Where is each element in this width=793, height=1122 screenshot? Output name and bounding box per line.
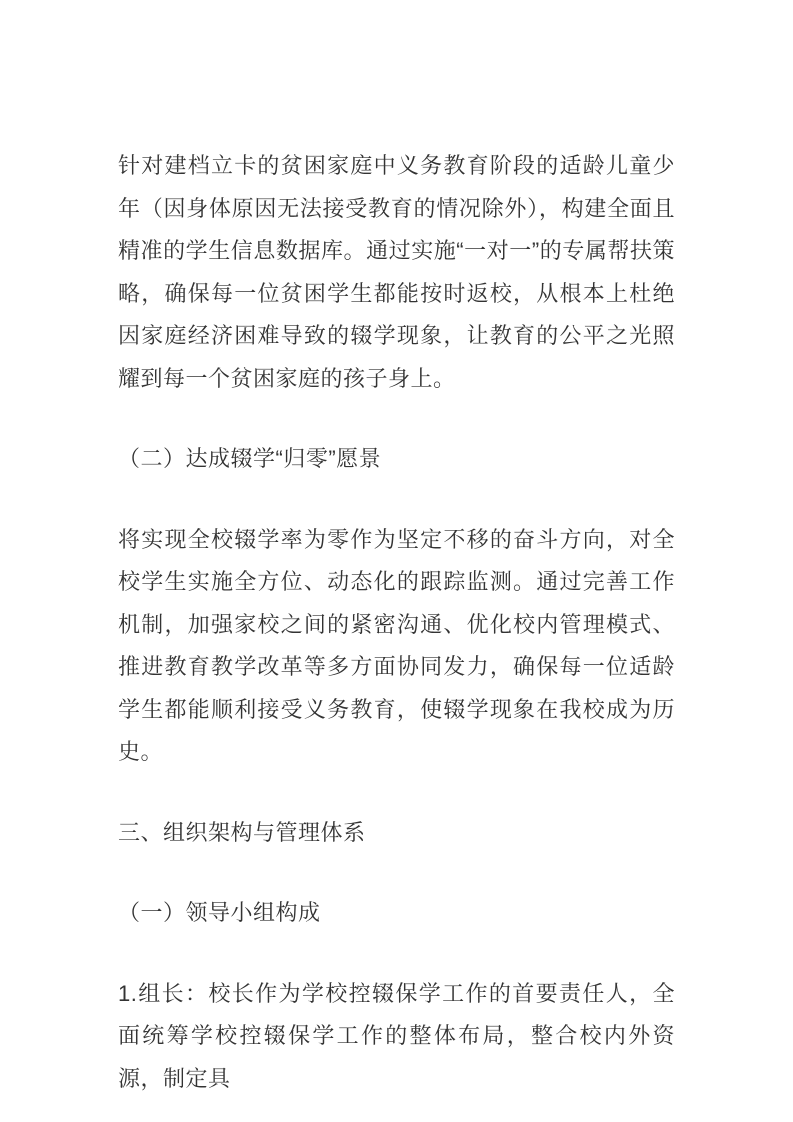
heading-chapter-3-organization: 三、组织架构与管理体系	[118, 812, 675, 855]
paragraph-group-leader-duties: 1.组长：校长作为学校控辍保学工作的首要责任人，全面统筹学校控辍保学工作的整体布…	[118, 973, 675, 1101]
heading-section-2-dropout-zero-vision: （二）达成辍学“归零”愿景	[118, 438, 675, 481]
document-page: 针对建档立卡的贫困家庭中义务教育阶段的适龄儿童少年（因身体原因无法接受教育的情况…	[0, 0, 793, 1122]
paragraph-zero-dropout-goal: 将实现全校辍学率为零作为坚定不移的奋斗方向，对全校学生实施全方位、动态化的跟踪监…	[118, 519, 675, 774]
paragraph-poverty-database: 针对建档立卡的贫困家庭中义务教育阶段的适龄儿童少年（因身体原因无法接受教育的情况…	[118, 145, 675, 400]
heading-section-1-leadership-group: （一）领导小组构成	[118, 892, 675, 935]
